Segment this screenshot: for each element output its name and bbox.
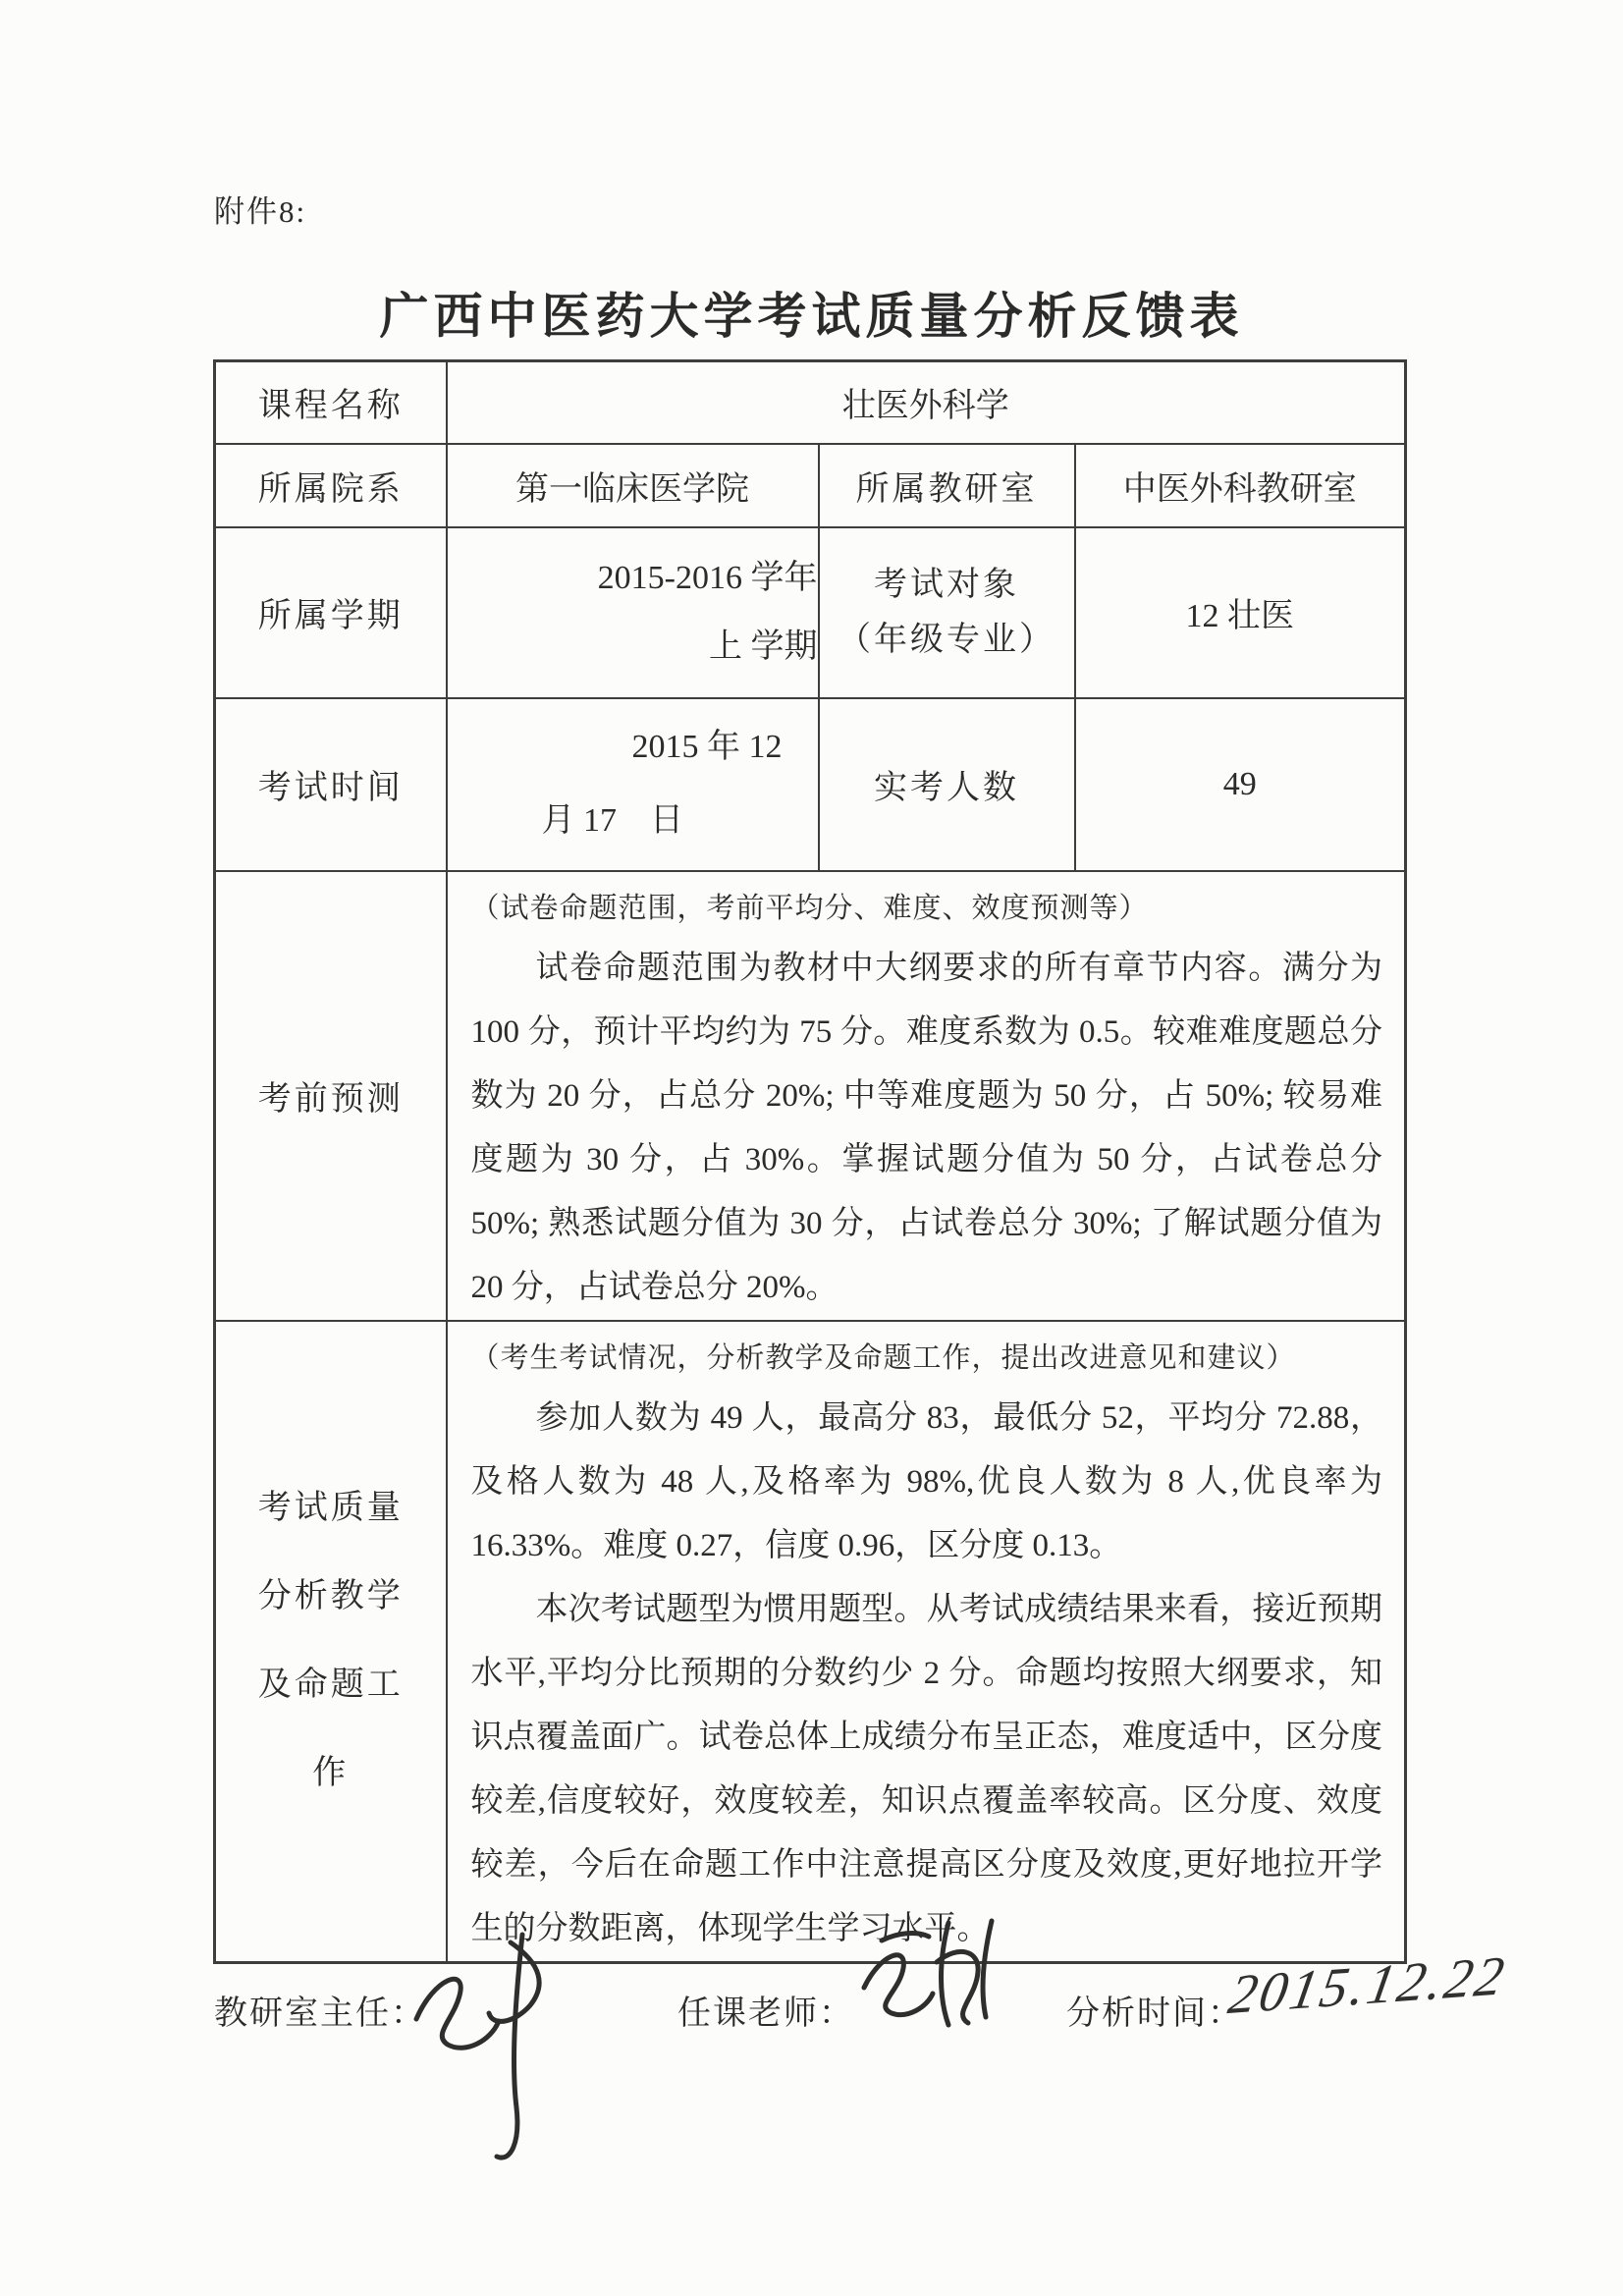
quality-analysis-label-line3: 及命题工 — [216, 1641, 446, 1729]
quality-analysis-hint: （考生考试情况，分析教学及命题工作，提出改进意见和建议） — [471, 1336, 1383, 1381]
department-label: 所属院系 — [215, 444, 447, 527]
semester-value-line1: 2015-2016 学年 — [448, 544, 818, 613]
pre-exam-hint: （试卷命题范围，考前平均分、难度、效度预测等） — [471, 886, 1383, 931]
examinee-count-label: 实考人数 — [819, 698, 1075, 871]
page-title: 广西中医药大学考试质量分析反馈表 — [0, 277, 1623, 348]
exam-time-value-line2: 月 17 日 — [448, 785, 818, 858]
quality-analysis-paragraph2: 本次考试题型为惯用题型。从考试成绩结果来看，接近预期水平,平均分比预期的分数约少… — [471, 1578, 1383, 1961]
table-row: 所属学期 2015-2016 学年 上 学期 考试对象 （年级专业） 12 壮医 — [215, 527, 1406, 698]
teacher-label: 任课老师： — [677, 1986, 854, 2034]
table-row: 考试时间 2015 年 12 月 17 日 实考人数 49 — [215, 698, 1406, 871]
quality-analysis-label-line2: 分析教学 — [216, 1553, 446, 1641]
teaching-office-label: 所属教研室 — [819, 444, 1075, 527]
pre-exam-label: 考前预测 — [215, 871, 447, 1321]
quality-analysis-label-line4: 作 — [216, 1729, 446, 1818]
exam-time-value-line1: 2015 年 12 — [448, 711, 818, 785]
semester-value-line2: 上 学期 — [448, 613, 818, 682]
teaching-office-value: 中医外科教研室 — [1075, 444, 1406, 527]
table-row: 所属院系 第一临床医学院 所属教研室 中医外科教研室 — [215, 444, 1406, 527]
course-name-label: 课程名称 — [215, 361, 447, 444]
semester-label: 所属学期 — [215, 527, 447, 698]
course-name-value: 壮医外科学 — [447, 361, 1406, 444]
quality-analysis-paragraph1: 参加人数为 49 人，最高分 83，最低分 52，平均分 72.88，及格人数为… — [471, 1387, 1383, 1578]
quality-analysis-content: （考生考试情况，分析教学及命题工作，提出改进意见和建议） 参加人数为 49 人，… — [447, 1321, 1406, 1963]
semester-value: 2015-2016 学年 上 学期 — [447, 527, 819, 698]
exam-target-label: 考试对象 （年级专业） — [819, 527, 1075, 698]
pre-exam-content: （试卷命题范围，考前平均分、难度、效度预测等） 试卷命题范围为教材中大纲要求的所… — [447, 871, 1406, 1321]
attachment-label: 附件8: — [214, 187, 306, 231]
exam-target-label-line1: 考试对象 — [820, 558, 1074, 612]
table-row: 考试质量 分析教学 及命题工 作 （考生考试情况，分析教学及命题工作，提出改进意… — [215, 1321, 1406, 1963]
examinee-count-value: 49 — [1075, 698, 1406, 871]
quality-analysis-label: 考试质量 分析教学 及命题工 作 — [215, 1321, 447, 1963]
table-row: 课程名称 壮医外科学 — [215, 361, 1406, 444]
department-value: 第一临床医学院 — [447, 444, 819, 527]
exam-time-label: 考试时间 — [215, 698, 447, 871]
quality-analysis-label-line1: 考试质量 — [216, 1464, 446, 1553]
analysis-time-label: 分析时间： — [1066, 1986, 1243, 2034]
teacher-signature — [846, 1911, 1013, 2044]
pre-exam-paragraph: 试卷命题范围为教材中大纲要求的所有章节内容。满分为 100 分，预计平均约为 7… — [471, 937, 1383, 1320]
scanned-document-page: 附件8: 广西中医药大学考试质量分析反馈表 课程名称 壮医外科学 所属院系 第一… — [0, 0, 1623, 2296]
director-signature — [395, 1921, 581, 2171]
feedback-table: 课程名称 壮医外科学 所属院系 第一临床医学院 所属教研室 中医外科教研室 所属… — [213, 359, 1407, 1964]
table-row: 考前预测 （试卷命题范围，考前平均分、难度、效度预测等） 试卷命题范围为教材中大… — [215, 871, 1406, 1321]
exam-target-label-line2: （年级专业） — [820, 613, 1074, 667]
exam-time-value: 2015 年 12 月 17 日 — [447, 698, 819, 871]
exam-target-value: 12 壮医 — [1075, 527, 1406, 698]
